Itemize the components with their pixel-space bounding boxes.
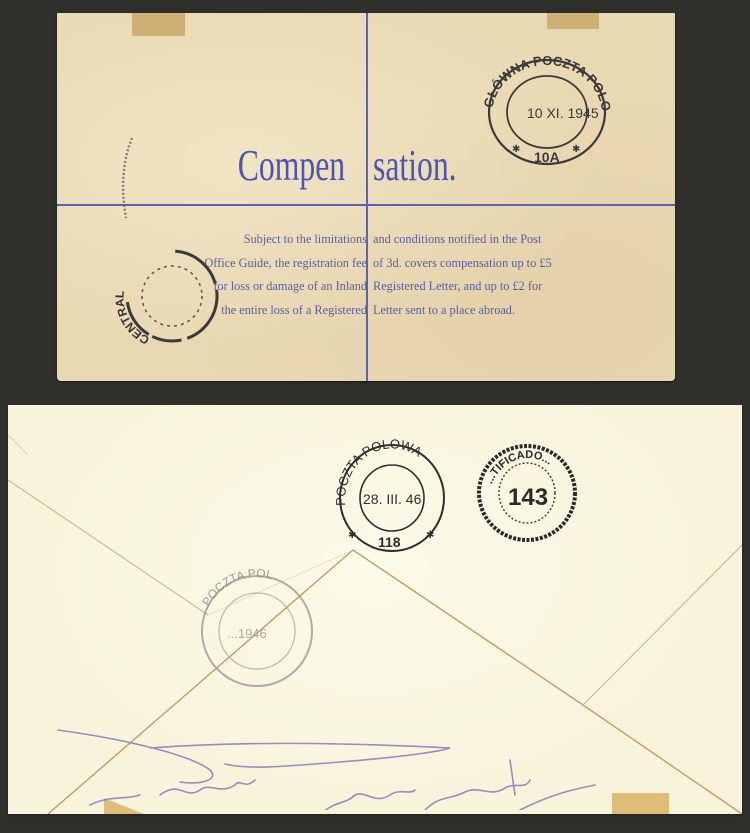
- svg-text:✱: ✱: [512, 144, 520, 155]
- text-line: of 3d. covers compensation up to £5: [373, 252, 623, 276]
- svg-text:CENTRAL: CENTRAL: [112, 290, 151, 347]
- postmark-poczta-polowa-118: POCZTA POLOWA 28. III. 46 118 ✱ ✱: [332, 441, 452, 551]
- svg-text:GŁÓWNA POCZTA POLOWA: GŁÓWNA POCZTA POLOWA: [466, 28, 614, 112]
- postmark-ring-text: POCZTA POL: [199, 566, 274, 608]
- hinge-tape: [132, 13, 185, 36]
- postmark-ring-text: CENTRAL: [112, 290, 151, 347]
- postmark-number: 118: [378, 534, 401, 550]
- svg-text:POCZTA POL: POCZTA POL: [199, 566, 274, 608]
- svg-text:✱: ✱: [572, 144, 580, 155]
- handwritten-signature: [10, 700, 610, 810]
- postmark-number: 10A: [534, 149, 560, 165]
- compensation-text-right: and conditions notified in the Post of 3…: [373, 228, 623, 322]
- svg-text:✱: ✱: [348, 530, 356, 541]
- svg-text:✱: ✱: [426, 530, 434, 541]
- text-line: Registered Letter, and up to £2 for: [373, 275, 623, 299]
- postmark-date: 28. III. 46: [363, 491, 422, 507]
- postmark-poczta-polowa-faint: POCZTA POL ...1946: [192, 566, 322, 696]
- scene: Compen sation. Subject to the limitation…: [0, 0, 750, 833]
- blue-vertical-line: [366, 13, 368, 381]
- postmark-143: ...TIFICADO... 143: [475, 443, 580, 543]
- text-line: and conditions notified in the Post: [373, 228, 623, 252]
- postmark-glowna-poczta-polowa: GŁÓWNA POCZTA POLOWA 10 XI. 1945 10A ✱ ✱: [472, 40, 622, 170]
- postmark-ring-text: GŁÓWNA POCZTA POLOWA: [466, 28, 614, 112]
- postmark-central: CENTRAL: [117, 241, 227, 351]
- hinge-tape: [547, 13, 599, 29]
- svg-text:...TIFICADO...: ...TIFICADO...: [483, 449, 554, 486]
- compensation-title-right: sation.: [373, 141, 457, 191]
- registered-envelope-front: Compen sation. Subject to the limitation…: [57, 13, 675, 381]
- pencil-mark-icon: [114, 123, 144, 233]
- text-line: Letter sent to a place abroad.: [373, 299, 623, 323]
- postmark-date: 10 XI. 1945: [527, 105, 599, 121]
- postmark-date: ...1946: [227, 626, 267, 641]
- hinge-tape: [612, 793, 669, 814]
- compensation-title-left: Compen: [238, 141, 345, 191]
- postmark-number: 143: [508, 484, 548, 511]
- postmark-ring-text: ...TIFICADO...: [483, 449, 554, 486]
- blue-horizontal-line: [57, 204, 675, 206]
